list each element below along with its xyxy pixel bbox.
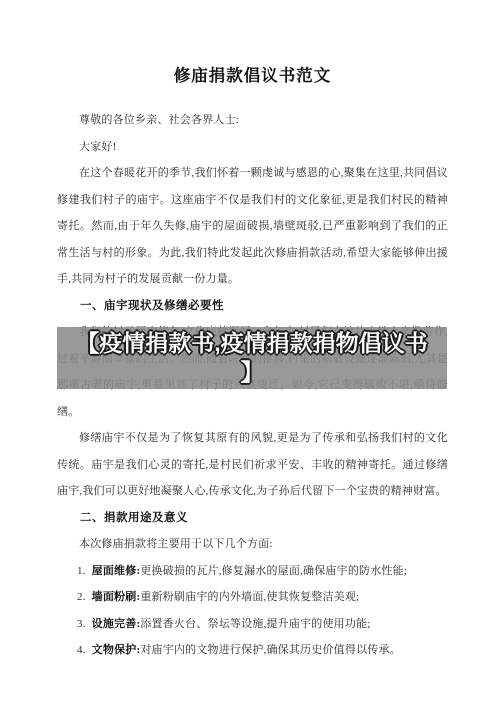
list-item-number: 3. [77,611,86,638]
salutation-paragraph: 尊敬的各位乡亲、社会各界人士: [57,107,448,134]
list-item-term: 墙面粉刷: [92,591,141,603]
section-2-heading: 二、捐款用途及意义 [57,505,448,532]
list-item: 2.墙面粉刷:重新粉刷庙宇的内外墙面,使其恢复整洁美观; [77,584,448,611]
section-1-paragraph: 修缮庙宇不仅是为了恢复其原有的风貌,更是为了传承和弘扬我们村的文化传统。庙宇是我… [57,425,448,505]
list-item-term: 屋面维修: [92,565,141,577]
list-item: 3.设施完善:添置香火台、祭坛等设施,提升庙宇的使用功能; [77,611,448,638]
section-1-heading: 一、庙宇现状及修缮必要性 [57,293,448,320]
donation-purpose-list: 1.屋面维修:更换破损的瓦片,修复漏水的屋面,确保庙宇的防水性能; 2.墙面粉刷… [57,558,448,664]
list-item-number: 1. [77,558,86,585]
watermark-banner-text-line2: 】 [241,358,264,387]
section-2-lead: 本次修庙捐款将主要用于以下几个方面: [57,531,448,558]
watermark-banner-text-line1: 【疫情捐款书,疫情捐款捐物倡议书 [76,329,427,358]
list-item-desc: 重新粉刷庙宇的内外墙面,使其恢复整洁美观; [140,591,359,603]
list-item-number: 2. [77,584,86,611]
intro-paragraph: 在这个春暖花开的季节,我们怀着一颗虔诚与感恩的心,聚集在这里,共同倡议修建我们村… [57,160,448,293]
document-title: 修庙捐款倡议书范文 [57,64,448,88]
watermark-banner-overlay: 【疫情捐款书,疫情捐款捐物倡议书 】 [57,327,447,389]
list-item-term: 设施完善: [92,618,141,630]
list-item: 4.文物保护:对庙宇内的文物进行保护,确保其历史价值得以传承。 [77,637,448,664]
list-item-term: 文物保护: [92,644,141,656]
list-item-desc: 添置香火台、祭坛等设施,提升庙宇的使用功能; [140,618,370,630]
list-item: 1.屋面维修:更换破损的瓦片,修复漏水的屋面,确保庙宇的防水性能; [77,558,448,585]
list-item-desc: 对庙宇内的文物进行保护,确保其历史价值得以传承。 [140,644,401,656]
list-item-desc: 更换破损的瓦片,修复漏水的屋面,确保庙宇的防水性能; [140,565,407,577]
list-item-number: 4. [77,637,86,664]
document-page: 修庙捐款倡议书范文 尊敬的各位乡亲、社会各界人士: 大家好! 在这个春暖花开的季… [0,0,500,706]
greeting-paragraph: 大家好! [57,134,448,161]
